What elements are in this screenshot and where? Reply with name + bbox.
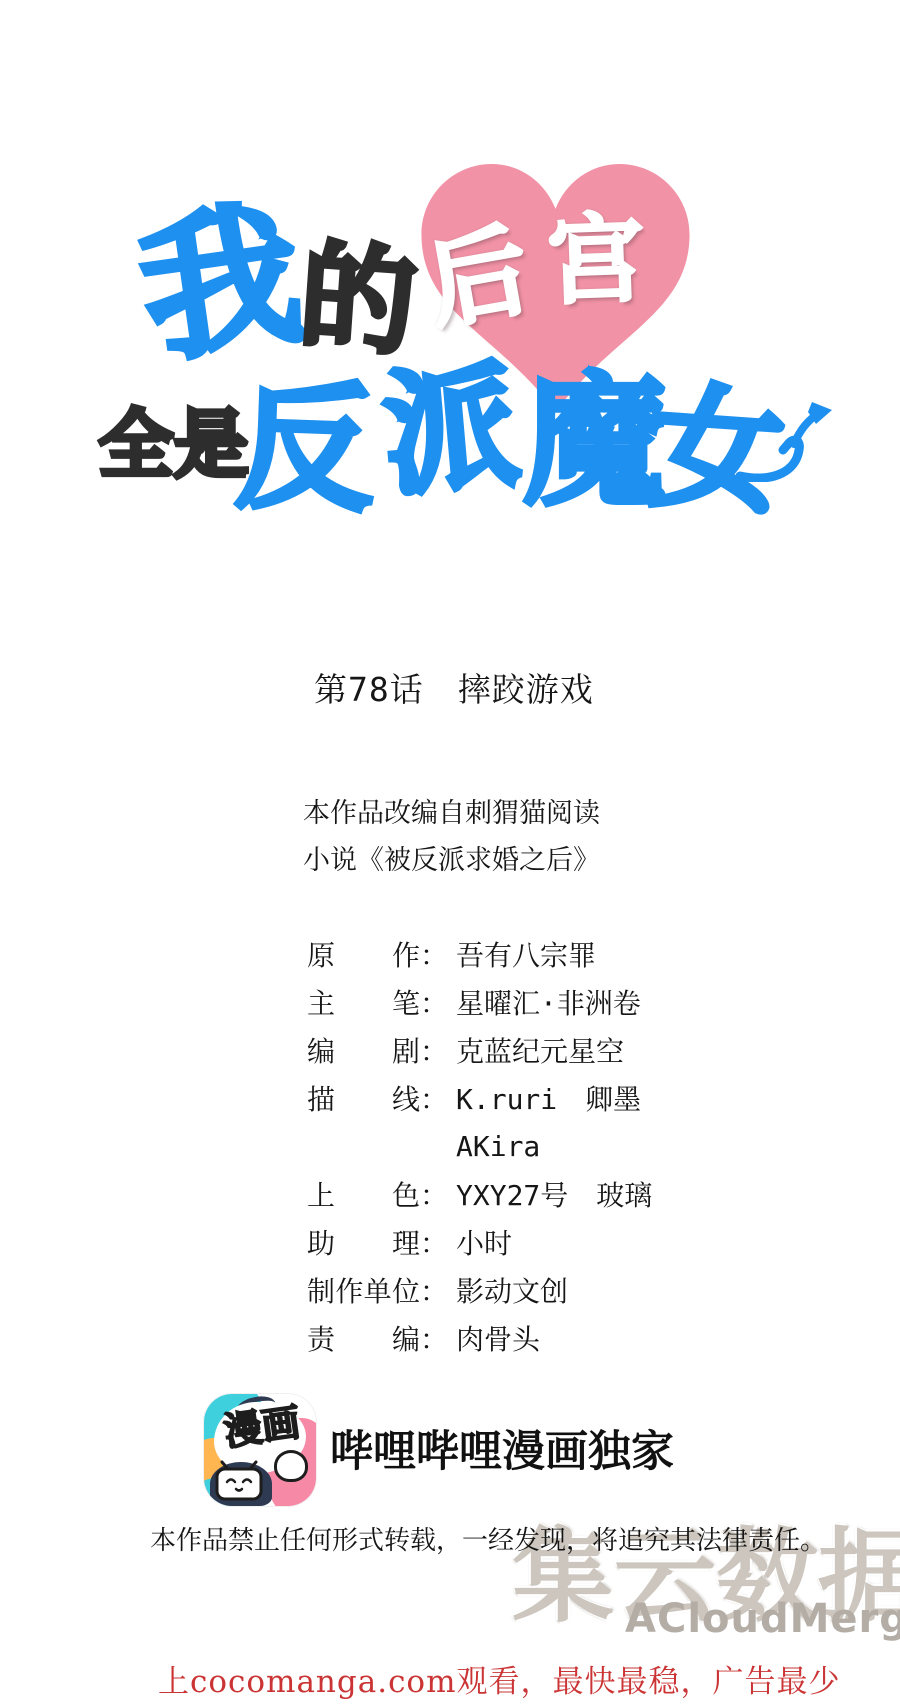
copyright-notice: 本作品禁止任何形式转载，一经发现，将追究其法律责任。 — [150, 1520, 826, 1557]
title-char-wo: 我 — [132, 195, 310, 373]
title-char-hou: 后 — [420, 220, 536, 336]
watermark-en: ACloudMerge.com — [625, 1596, 900, 1642]
credit-row: 责编：肉骨头 — [307, 1314, 652, 1362]
credit-role-label: 原作 — [307, 934, 420, 974]
credit-value: AKira — [456, 1130, 540, 1163]
credit-row: 助理：小时 — [307, 1218, 652, 1266]
title-char-quan: 全 — [99, 408, 173, 482]
credit-row: 制作单位：影动文创 — [307, 1266, 652, 1314]
hand-icon — [274, 1450, 308, 1482]
credit-value: K.ruri 卿墨 — [456, 1078, 641, 1118]
title-char-pai: 派 — [378, 358, 523, 503]
credit-row: 描线：K.ruri 卿墨 — [307, 1074, 652, 1122]
credit-row: 原作：吾有八宗罪 — [307, 930, 652, 978]
credit-role-label: 制作单位 — [307, 1270, 420, 1310]
credits-list: 原作：吾有八宗罪主笔：星曜汇·非洲卷编剧：克蓝纪元星空描线：K.ruri 卿墨：… — [307, 930, 652, 1362]
credit-value: YXY27号 玻璃 — [456, 1174, 652, 1214]
credit-role-label: 描线 — [307, 1078, 420, 1118]
credit-row: ：AKira — [307, 1122, 652, 1170]
credit-colon: ： — [420, 1270, 450, 1310]
title-char-mo: 魔 — [524, 372, 666, 514]
credit-value: 吾有八宗罪 — [456, 934, 596, 974]
bilibili-manga-logo-icon: 漫画 — [204, 1394, 316, 1506]
title-char-gong: 宫 — [546, 210, 645, 309]
footer-promo-text: 上cocomanga.com观看，最快最稳，广告最少 — [158, 1656, 841, 1701]
publisher-exclusive-text: 哔哩哔哩漫画独家 — [330, 1418, 674, 1479]
title-char-fan: 反 — [234, 378, 377, 521]
title-char-de: 的 — [296, 239, 420, 363]
credit-row: 上色：YXY27号 玻璃 — [307, 1170, 652, 1218]
credit-colon: ： — [420, 1174, 450, 1214]
manga-title-page: 我 的 后 宫 全 是 反 派 魔 女 第78话 摔跤游戏 本作品改编自刺猬猫阅… — [0, 0, 900, 1704]
adaptation-note: 本作品改编自刺猬猫阅读 小说《被反派求婚之后》 — [303, 790, 600, 884]
adaptation-line-2: 小说《被反派求婚之后》 — [303, 837, 600, 884]
credit-row: 主笔：星曜汇·非洲卷 — [307, 978, 652, 1026]
credit-value: 影动文创 — [456, 1270, 568, 1310]
credit-value: 小时 — [456, 1222, 512, 1262]
credit-value: 克蓝纪元星空 — [456, 1030, 624, 1070]
credit-role-label: 责编 — [307, 1318, 420, 1358]
credit-role-label: 上色 — [307, 1174, 420, 1214]
credit-value: 星曜汇·非洲卷 — [456, 982, 641, 1022]
credit-colon: ： — [420, 1030, 450, 1070]
credit-colon: ： — [420, 1222, 450, 1262]
devil-tail-icon — [736, 386, 836, 482]
credit-value: 肉骨头 — [456, 1318, 540, 1358]
logo-badge-text: 漫画 — [222, 1403, 303, 1451]
credit-row: 编剧：克蓝纪元星空 — [307, 1026, 652, 1074]
credit-colon: ： — [420, 1318, 450, 1358]
credit-role-label: 编剧 — [307, 1030, 420, 1070]
credit-colon: ： — [420, 1078, 450, 1118]
credit-colon: ： — [420, 982, 450, 1022]
chapter-heading: 第78话 摔跤游戏 — [314, 664, 594, 711]
credit-colon: ： — [420, 934, 450, 974]
adaptation-line-1: 本作品改编自刺猬猫阅读 — [303, 790, 600, 837]
tv-face-icon — [214, 1460, 264, 1502]
credit-role-label: 助理 — [307, 1222, 420, 1262]
credit-role-label: 主笔 — [307, 982, 420, 1022]
